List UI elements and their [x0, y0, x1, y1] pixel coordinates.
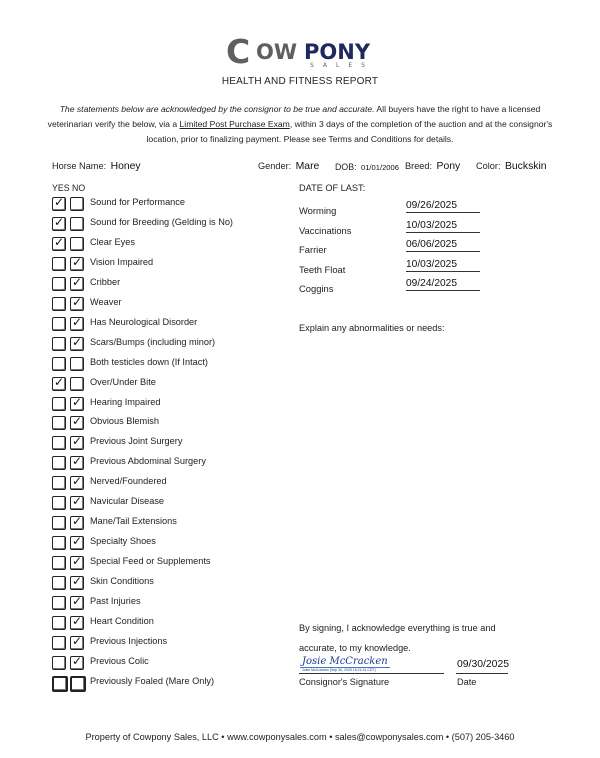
date-of-last-label: Teeth Float [299, 264, 345, 275]
footer: Property of Cowpony Sales, LLC • www.cow… [0, 732, 600, 742]
no-checkbox[interactable]: ✓ [70, 317, 84, 331]
yes-checkbox[interactable] [52, 416, 66, 430]
color-field: Color: Buckskin [476, 156, 600, 174]
checklist-item-label: Past Injuries [90, 596, 141, 606]
no-checkbox[interactable]: ✓ [70, 397, 84, 411]
checkmark-icon: ✓ [72, 634, 82, 648]
report-title: HEALTH AND FITNESS REPORT [0, 76, 600, 87]
date-of-last-label: Vaccinations [299, 225, 351, 236]
yes-checkbox[interactable] [52, 556, 66, 570]
checkmark-icon: ✓ [72, 534, 82, 548]
date-of-last-header: DATE OF LAST: [299, 183, 365, 193]
yes-checkbox[interactable] [52, 516, 66, 530]
checklist-item-label: Hearing Impaired [90, 397, 160, 407]
yes-checkbox[interactable] [52, 257, 66, 271]
no-checkbox[interactable]: ✓ [70, 616, 84, 630]
yes-checkbox[interactable] [52, 676, 68, 692]
checkmark-icon: ✓ [72, 474, 82, 488]
checklist-item-label: Previous Abdominal Surgery [90, 456, 206, 466]
checkmark-icon: ✓ [72, 514, 82, 528]
no-checkbox[interactable] [70, 676, 86, 692]
no-checkbox[interactable]: ✓ [70, 476, 84, 490]
checkmark-icon: ✓ [72, 395, 82, 409]
checklist-item-label: Mane/Tail Extensions [90, 516, 177, 526]
cowpony-sales-logo: C OW PONY SALES [226, 30, 386, 74]
checklist-item-label: Has Neurological Disorder [90, 317, 197, 327]
checklist-item-label: Previously Foaled (Mare Only) [90, 676, 214, 686]
date-of-last-label: Worming [299, 205, 336, 216]
checkmark-icon: ✓ [72, 295, 82, 309]
no-checkbox[interactable] [70, 357, 84, 371]
date-line [456, 673, 508, 674]
checkmark-icon: ✓ [72, 315, 82, 329]
yes-checkbox[interactable] [52, 536, 66, 550]
date-label: Date [457, 677, 476, 687]
checklist-item-label: Nerved/Foundered [90, 476, 167, 486]
checkmark-icon: ✓ [72, 654, 82, 668]
no-checkbox[interactable]: ✓ [70, 536, 84, 550]
checklist-item-label: Weaver [90, 297, 122, 307]
checkmark-icon: ✓ [72, 454, 82, 468]
dob-value[interactable]: 01/01/2006 [361, 163, 399, 172]
no-checkbox[interactable]: ✓ [70, 636, 84, 650]
checkmark-icon: ✓ [72, 255, 82, 269]
checklist-item-label: Previous Joint Surgery [90, 436, 182, 446]
yes-checkbox[interactable] [52, 357, 66, 371]
checkmark-icon: ✓ [72, 275, 82, 289]
no-checkbox[interactable]: ✓ [70, 516, 84, 530]
checklist-item-label: Previous Colic [90, 656, 149, 666]
breed-label: Breed: [405, 161, 432, 171]
checkmark-icon: ✓ [54, 375, 64, 389]
signature-stamp: Josie McCracken (Sep 30, 2025 15:21:31 C… [302, 668, 376, 672]
checklist-item-label: Specialty Shoes [90, 536, 156, 546]
yes-checkbox[interactable] [52, 656, 66, 670]
color-value[interactable]: Buckskin [505, 161, 547, 172]
horse-name-field: Horse Name: Honey [52, 156, 141, 174]
yes-checkbox[interactable] [52, 337, 66, 351]
no-checkbox[interactable] [70, 217, 84, 231]
date-of-last-label: Coggins [299, 283, 333, 294]
no-checkbox[interactable]: ✓ [70, 337, 84, 351]
yes-checkbox[interactable]: ✓ [52, 377, 66, 391]
dob-field: DOB: 01/01/2006 [335, 157, 403, 175]
horse-name-label: Horse Name: [52, 161, 106, 171]
yes-checkbox[interactable] [52, 636, 66, 650]
signing-statement-2: accurate, to my knowledge. [299, 643, 411, 653]
checklist-item-label: Previous Injections [90, 636, 167, 646]
gender-field: Gender: Mare [258, 156, 319, 174]
yes-checkbox[interactable] [52, 616, 66, 630]
checkmark-icon: ✓ [72, 554, 82, 568]
no-checkbox[interactable]: ✓ [70, 297, 84, 311]
no-checkbox[interactable]: ✓ [70, 416, 84, 430]
no-checkbox[interactable] [70, 377, 84, 391]
yes-checkbox[interactable]: ✓ [52, 217, 66, 231]
gender-value[interactable]: Mare [296, 161, 320, 172]
checklist-item-label: Sound for Performance [90, 197, 185, 207]
yes-checkbox[interactable] [52, 476, 66, 490]
gender-label: Gender: [258, 161, 291, 171]
checklist-item-label: Obvious Blemish [90, 416, 159, 426]
no-checkbox[interactable]: ✓ [70, 257, 84, 271]
yes-checkbox[interactable] [52, 496, 66, 510]
logo-ow: OW [256, 40, 297, 64]
checklist-item-label: Scars/Bumps (including minor) [90, 337, 215, 347]
checklist-item-label: Both testicles down (If Intact) [90, 357, 208, 367]
no-checkbox[interactable]: ✓ [70, 556, 84, 570]
no-checkbox[interactable] [70, 197, 84, 211]
checklist-item-label: Navicular Disease [90, 496, 164, 506]
yes-checkbox[interactable]: ✓ [52, 197, 66, 211]
logo-sales: SALES [310, 62, 374, 69]
checklist-item-label: Over/Under Bite [90, 377, 156, 387]
horse-name-value[interactable]: Honey [111, 161, 141, 172]
signing-statement-1: By signing, I acknowledge everything is … [299, 623, 496, 633]
date-of-last-value[interactable]: 06/06/2025 [406, 239, 480, 252]
breed-field: Breed: Pony [405, 156, 460, 174]
no-checkbox[interactable]: ✓ [70, 436, 84, 450]
abnormalities-label: Explain any abnormalities or needs: [299, 323, 445, 333]
logo-c: C [226, 32, 249, 71]
date-of-last-value[interactable]: 09/24/2025 [406, 278, 480, 291]
yes-checkbox[interactable] [52, 436, 66, 450]
checklist-item-label: Sound for Breeding (Gelding is No) [90, 217, 233, 227]
consignor-signature[interactable]: Josie McCracken [302, 656, 388, 667]
checkmark-icon: ✓ [72, 494, 82, 508]
checkmark-icon: ✓ [54, 215, 64, 229]
checklist-item-label: Cribber [90, 277, 120, 287]
dob-label: DOB: [335, 162, 357, 172]
date-of-last-value[interactable]: 10/03/2025 [406, 220, 480, 233]
color-label: Color: [476, 161, 501, 171]
signature-date[interactable]: 09/30/2025 [457, 659, 509, 670]
checklist-item-label: Clear Eyes [90, 237, 135, 247]
limited-post-purchase-exam-link[interactable]: Limited Post Purchase Exam [180, 119, 290, 129]
no-checkbox[interactable]: ✓ [70, 277, 84, 291]
date-of-last-value[interactable]: 10/03/2025 [406, 259, 480, 272]
checkmark-icon: ✓ [72, 335, 82, 349]
signature-line [299, 673, 444, 674]
checkmark-icon: ✓ [72, 414, 82, 428]
checklist-item-label: Heart Condition [90, 616, 154, 626]
no-checkbox[interactable] [70, 237, 84, 251]
signature-label: Consignor's Signature [299, 677, 389, 687]
checklist-item-label: Special Feed or Supplements [90, 556, 211, 566]
yes-checkbox[interactable] [52, 317, 66, 331]
intro-italic: The statements below are acknowledged by… [60, 104, 375, 114]
checklist-item-label: Skin Conditions [90, 576, 154, 586]
no-checkbox[interactable]: ✓ [70, 456, 84, 470]
yes-checkbox[interactable]: ✓ [52, 237, 66, 251]
yes-checkbox[interactable] [52, 456, 66, 470]
checkmark-icon: ✓ [72, 614, 82, 628]
checkmark-icon: ✓ [72, 594, 82, 608]
logo-pony: PONY [304, 40, 370, 64]
yes-checkbox[interactable] [52, 297, 66, 311]
breed-value[interactable]: Pony [437, 161, 461, 172]
yes-no-header: YES NO [52, 183, 85, 193]
checklist-item-label: Vision Impaired [90, 257, 153, 267]
date-of-last-value[interactable]: 09/26/2025 [406, 200, 480, 213]
yes-checkbox[interactable] [52, 397, 66, 411]
yes-checkbox[interactable] [52, 596, 66, 610]
yes-checkbox[interactable] [52, 277, 66, 291]
no-checkbox[interactable]: ✓ [70, 576, 84, 590]
no-checkbox[interactable]: ✓ [70, 596, 84, 610]
checkmark-icon: ✓ [72, 574, 82, 588]
checkmark-icon: ✓ [54, 195, 64, 209]
no-checkbox[interactable]: ✓ [70, 656, 84, 670]
checkmark-icon: ✓ [54, 235, 64, 249]
checkmark-icon: ✓ [72, 434, 82, 448]
intro-statement: The statements below are acknowledged by… [40, 102, 560, 147]
no-checkbox[interactable]: ✓ [70, 496, 84, 510]
yes-checkbox[interactable] [52, 576, 66, 590]
date-of-last-label: Farrier [299, 244, 327, 255]
